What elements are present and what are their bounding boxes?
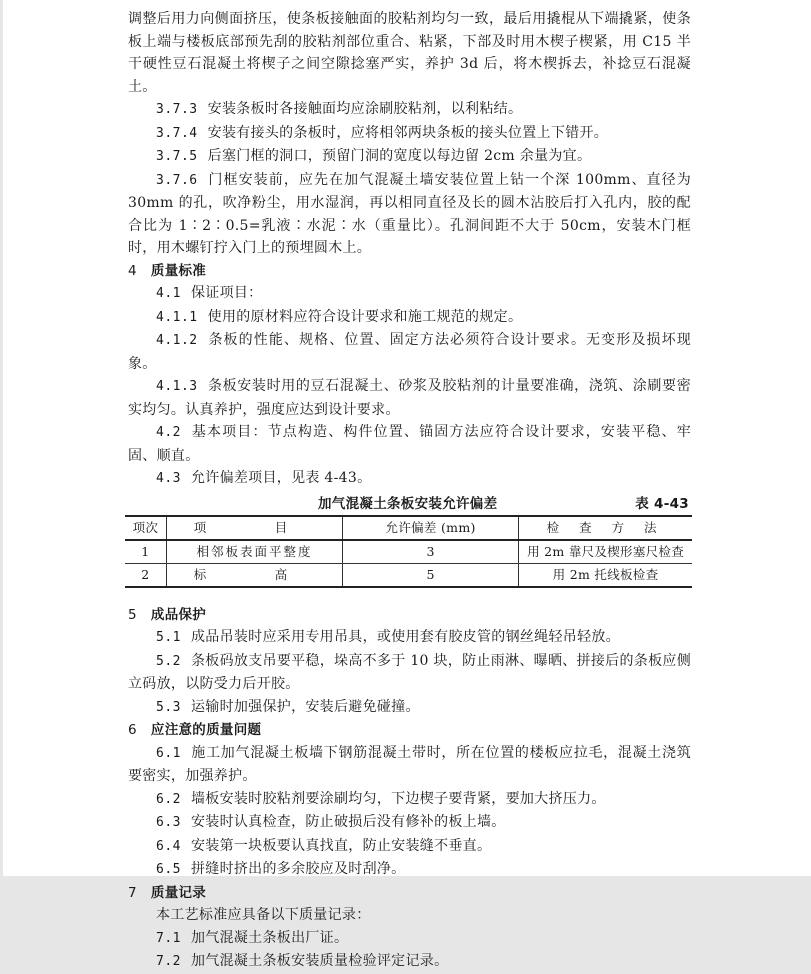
paragraph-5-1: 5.1成品吊装时应采用专用吊具，或使用套有胶皮管的钢丝绳轻吊轻放。 <box>128 626 691 650</box>
paragraph-5-2: 5.2条板码放支吊要平稳，垛高不多于 10 块，防止雨淋、曝晒、拼接后的条板应侧… <box>128 650 691 696</box>
paragraph-3-7-2-continuation: 调整后用力向侧面挤压，使条板接触面的胶粘剂均匀一致，最后用撬棍从下端撬紧，使条板… <box>128 8 691 98</box>
paragraph-6-4: 6.4安装第一块板要认真找直，防止安装缝不垂直。 <box>128 835 691 859</box>
table-cell: 相邻板表面平整度 <box>166 540 342 564</box>
paragraph-6-2: 6.2墙板安装时胶粘剂要涂刷均匀，下边楔子要背紧，要加大挤压力。 <box>128 788 691 812</box>
table-cell: 用 2m 靠尺及楔形塞尺检查 <box>519 540 692 564</box>
table-cell: 标 高 <box>166 563 342 587</box>
column-header-item: 项 目 <box>166 516 342 540</box>
table-cell: 3 <box>343 540 519 564</box>
table-cell: 2 <box>125 563 166 587</box>
paragraph-6-3: 6.3安装时认真检查，防止破损后没有修补的板上墙。 <box>128 811 691 835</box>
table-title: 加气混凝土条板安装允许偏差 <box>318 493 497 516</box>
column-header-index: 项次 <box>125 516 166 540</box>
paragraph-4-1-2: 4.1.2条板的性能、规格、位置、固定方法必须符合设计要求。无变形及损坏现象。 <box>128 329 691 375</box>
paragraph-3-7-6: 3.7.6门框安装前，应先在加气混凝土墙安装位置上钻一个深 100mm、直径为 … <box>128 169 691 260</box>
paragraph-6-1: 6.1施工加气混凝土板墙下钢筋混凝土带时，所在位置的楼板应拉毛，混凝土浇筑要密实… <box>128 742 691 788</box>
column-header-tolerance: 允许偏差 (mm) <box>343 516 519 540</box>
spacer <box>128 588 691 604</box>
paragraph-4-1-3: 4.1.3条板安装时用的豆石混凝土、砂浆及胶粘剂的计量要准确，浇筑、涂刷要密实均… <box>128 375 691 421</box>
table-header-row: 项次 项 目 允许偏差 (mm) 检 查 方 法 <box>125 516 692 540</box>
table-cell: 5 <box>343 563 519 587</box>
paragraph-4-1: 4.1保证项目： <box>128 282 691 306</box>
page-content: 调整后用力向侧面挤压，使条板接触面的胶粘剂均匀一致，最后用撬棍从下端撬紧，使条板… <box>128 8 691 879</box>
paragraph-6-5: 6.5拼缝时挤出的多余胶应及时刮净。 <box>128 858 691 879</box>
paragraph-5-3: 5.3运输时加强保护，安装后避免碰撞。 <box>128 696 691 720</box>
paragraph-3-7-3: 3.7.3安装条板时各接触面均应涂刷胶粘剂，以利粘结。 <box>128 98 691 122</box>
section-heading-6: 6应注意的质量问题 <box>128 719 691 742</box>
paragraph-4-1-1: 4.1.1使用的原材料应符合设计要求和施工规范的规定。 <box>128 306 691 330</box>
section-heading-4: 4质量标准 <box>128 260 691 283</box>
document-page: 调整后用力向侧面挤压，使条板接触面的胶粘剂均匀一致，最后用撬棍从下端撬紧，使条板… <box>3 0 811 876</box>
table-number: 表 4-43 <box>635 493 689 516</box>
paragraph-4-2: 4.2基本项目：节点构造、构件位置、锚固方法应符合设计要求，安装平稳、牢固、顺直… <box>128 421 691 467</box>
table-row: 1 相邻板表面平整度 3 用 2m 靠尺及楔形塞尺检查 <box>125 540 692 564</box>
table-cell: 用 2m 托线板检查 <box>519 563 692 587</box>
paragraph-3-7-5: 3.7.5后塞门框的洞口，预留门洞的宽度以每边留 2cm 余量为宜。 <box>128 145 691 169</box>
paragraph-4-3: 4.3允许偏差项目，见表 4-43。 <box>128 467 691 491</box>
column-header-method: 检 查 方 法 <box>519 516 692 540</box>
table-cell: 1 <box>125 540 166 564</box>
paragraph-3-7-4: 3.7.4安装有接头的条板时，应将相邻两块条板的接头位置上下错开。 <box>128 122 691 146</box>
section-heading-5: 5成品保护 <box>128 604 691 627</box>
table-caption: 加气混凝土条板安装允许偏差 表 4-43 <box>128 493 691 515</box>
allowable-deviation-table: 项次 项 目 允许偏差 (mm) 检 查 方 法 1 相邻板表面平整度 3 用 … <box>125 515 692 588</box>
table-row: 2 标 高 5 用 2m 托线板检查 <box>125 563 692 587</box>
